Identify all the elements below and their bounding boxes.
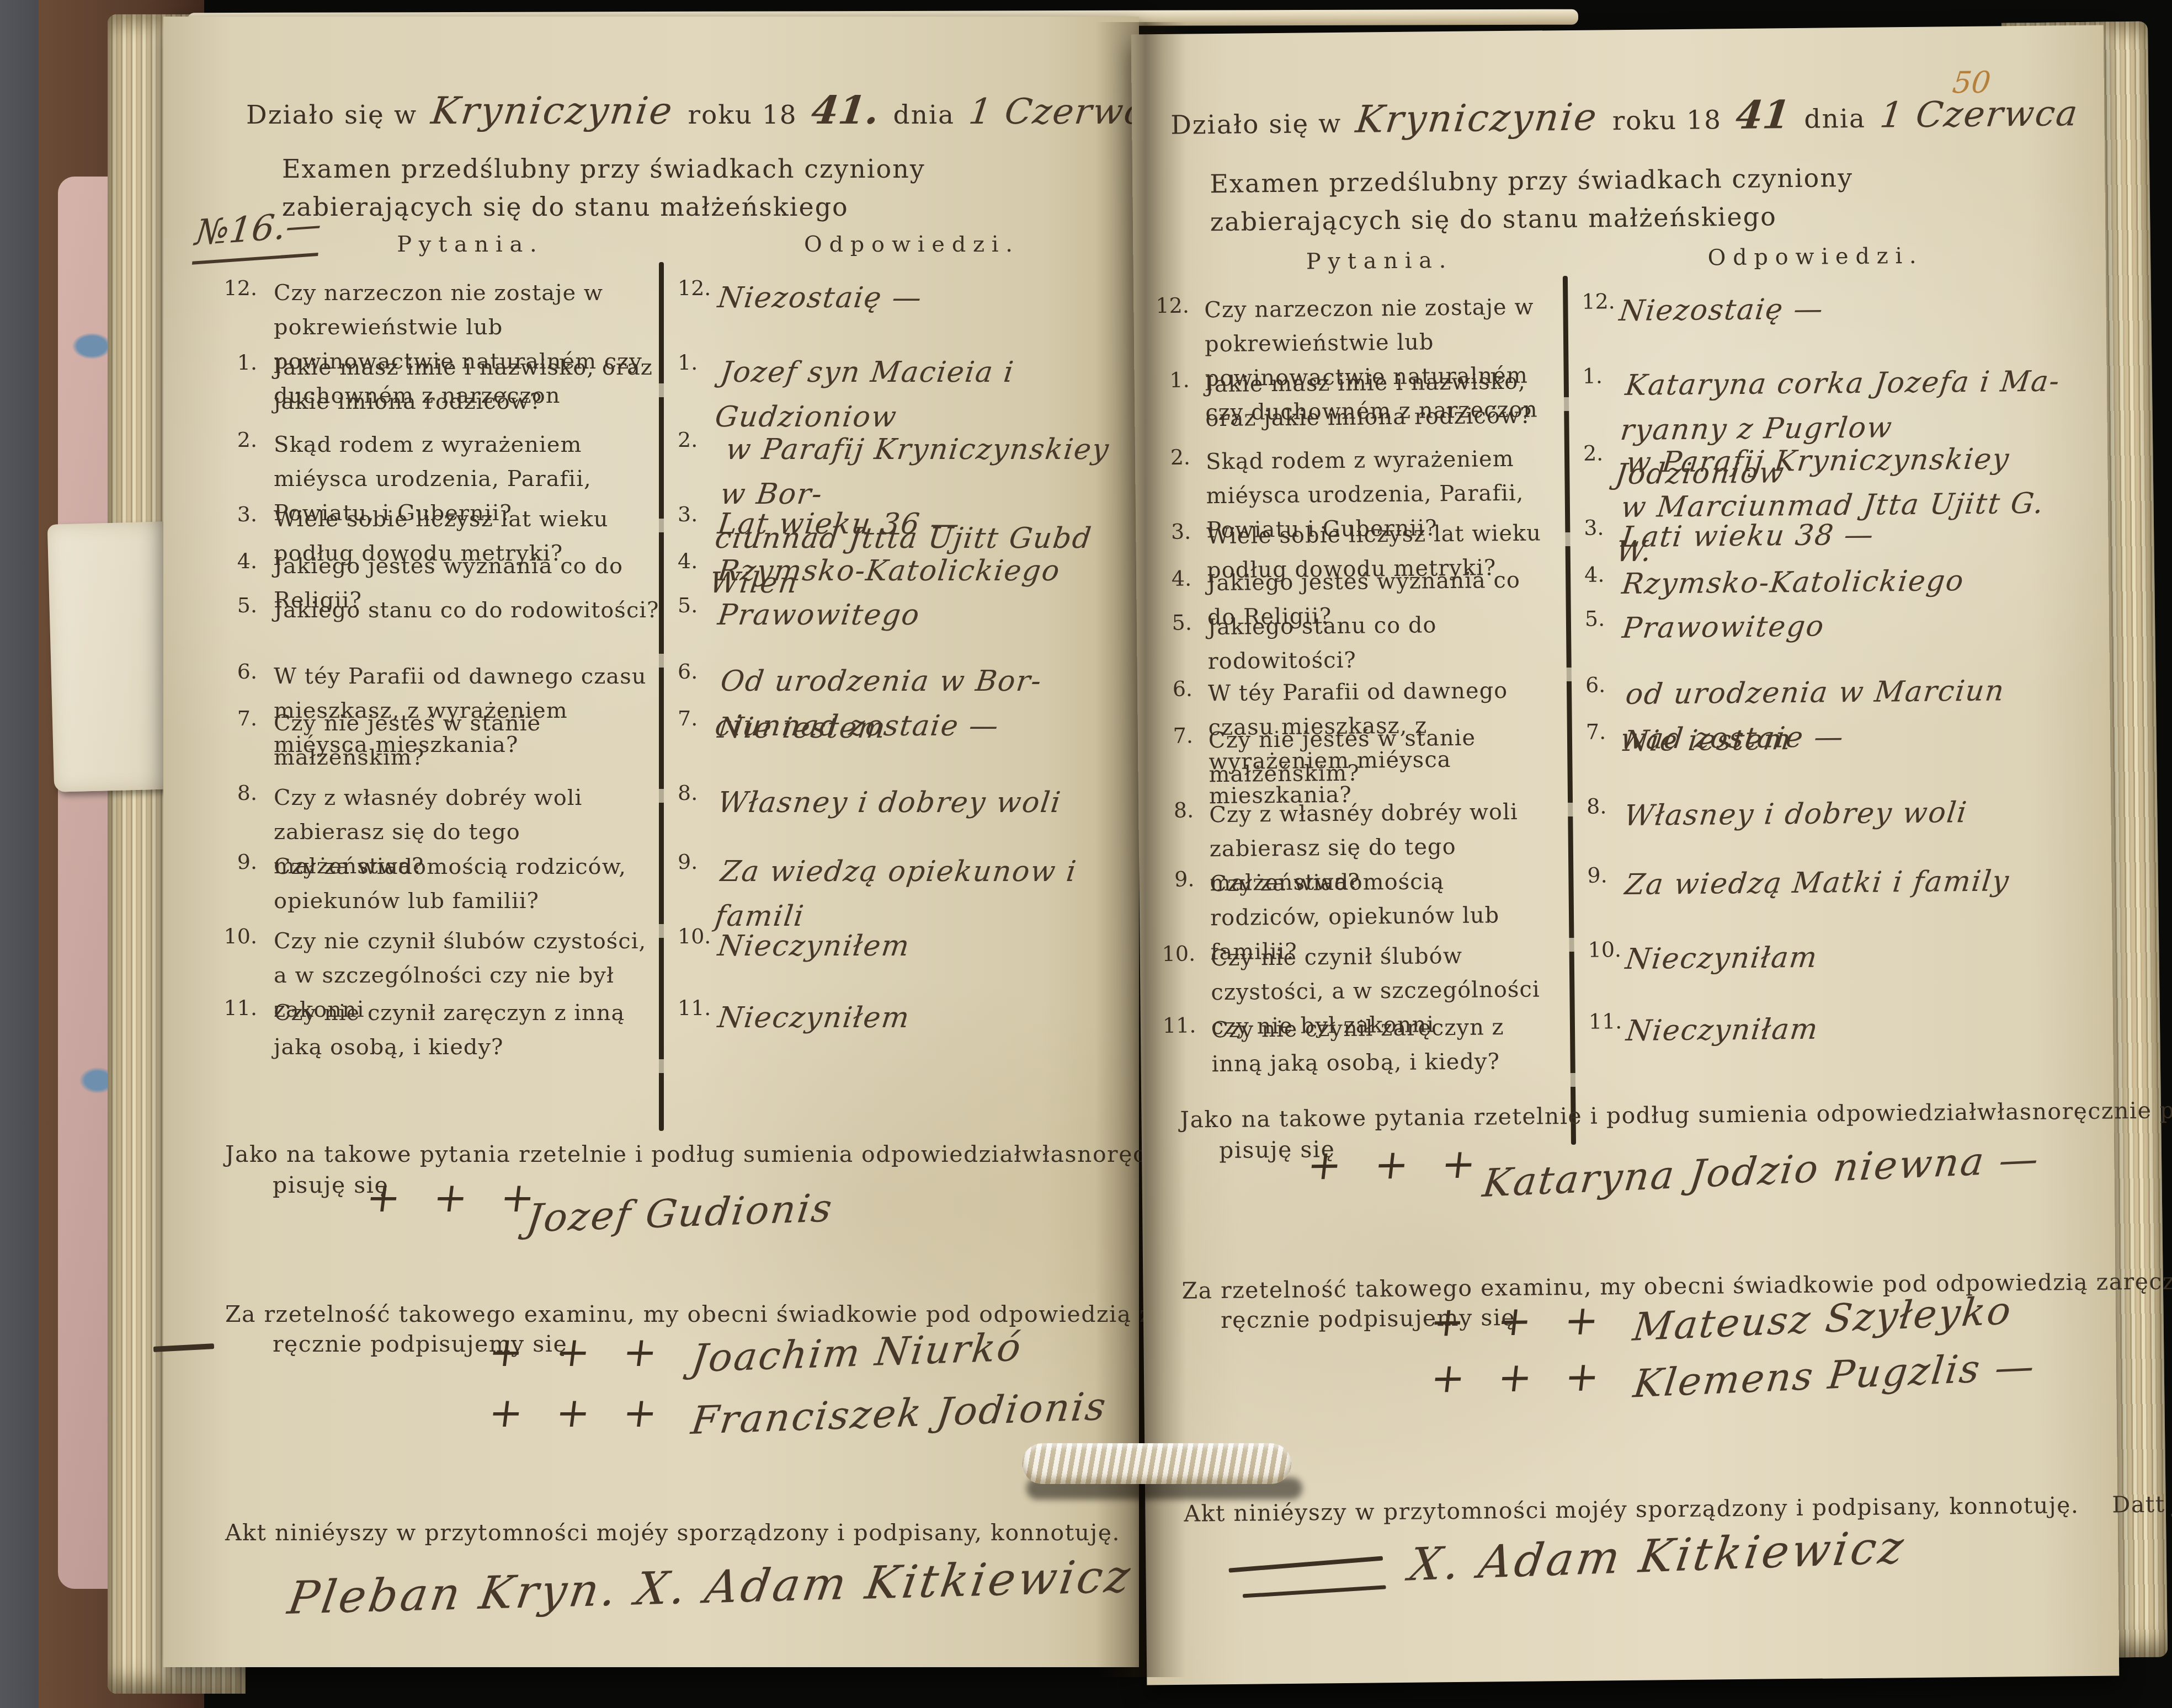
year-handwritten: 41 (1733, 92, 1792, 138)
right-header-line: Działo się w Kryniczynie roku 18 41 dnia… (1170, 89, 2078, 143)
answer-handwritten: Prawowitego (1620, 602, 2072, 650)
answer-number: 11. (1589, 1009, 1617, 1033)
left-col-questions: P y t a n i a . (290, 232, 643, 257)
answer-handwritten: Nie iestem (1621, 715, 2073, 764)
answer-handwritten: Własney i dobrey woli (1622, 789, 2074, 838)
right-closing-line: Akt niniéyszy w przytomności mojéy sporz… (1184, 1486, 2172, 1531)
header-day-label: dnia (1804, 104, 1866, 135)
answer-handwritten: Rzymsko-Katolickiego (1620, 558, 2072, 606)
protruding-paper-tab (47, 521, 175, 792)
left-qa-table: 1. Jakie masz imie i nazwisko, oraz jaki… (163, 276, 1139, 1147)
answer-handwritten: Rzymsko-Katolickiego (715, 549, 1124, 594)
answer-number: 3. (1584, 515, 1612, 540)
answer-handwritten: Jozef syn Macieia i Gudzioniow (712, 350, 1126, 439)
witness1-signature: Mateusz Szyłeyko (1631, 1288, 2015, 1349)
place-handwritten: Kryniczynie (429, 89, 676, 133)
question-number: 10. (221, 924, 257, 948)
answer-number: 12. (1582, 289, 1610, 313)
answer-number: 9. (1587, 863, 1616, 887)
answer-number: 11. (678, 996, 709, 1020)
answer-handwritten: Za wiedzą Matki i family (1622, 858, 2074, 907)
header-prefix: Działo się w (1170, 109, 1342, 141)
header-year-print: roku 18 (688, 100, 797, 130)
answer-number: 4. (678, 549, 709, 573)
question-text: Czy narzeczon nie zostaje w pokrewieństw… (1204, 290, 1550, 430)
right-bride-crosses: + + + (1305, 1140, 1489, 1189)
witness2-signature: Klemens Pugzlis — (1631, 1343, 2038, 1406)
question-number: 1. (221, 350, 257, 375)
answer-number: 8. (678, 781, 709, 805)
answer-number: 8. (1587, 794, 1615, 818)
left-page: Działo się w Kryniczynie roku 18 41. dni… (163, 17, 1139, 1667)
answer-number: 3. (678, 502, 709, 526)
right-col-questions: P y t a n i a . (1199, 247, 1552, 275)
closing-dated: Datt jak wyżéy: (2112, 1486, 2172, 1522)
answer-handwritten: Nieczyniłam (1624, 1005, 2076, 1053)
question-number: 9. (221, 850, 257, 874)
answer-number: 1. (1582, 364, 1611, 388)
right-witness-sig1-row: + + + Mateusz Szyłeyko (1430, 1293, 2012, 1346)
answer-handwritten: Nieczyniłem (715, 996, 1124, 1040)
left-header-line: Działo się w Kryniczynie roku 18 41. dni… (246, 87, 1179, 133)
answer-handwritten: Lati wieku 38 — (1619, 511, 2071, 559)
question-number: 8. (221, 781, 257, 805)
groom-signature: Jozef Gudionis (524, 1185, 836, 1241)
left-declaration-line1: Jako na takowe pytania rzetelnie i podłu… (225, 1138, 1036, 1172)
answer-handwritten: Niezostaię — (715, 276, 1124, 321)
question-number: 5. (221, 593, 257, 617)
answer-handwritten: Własney i dobrey woli (715, 781, 1124, 825)
question-number: 3. (221, 502, 257, 526)
date-handwritten: 1 Czerwca (1878, 93, 2080, 136)
answer-number: 6. (1585, 672, 1614, 697)
answer-number: 10. (678, 924, 709, 948)
answer-handwritten: Niezostaię — (1617, 285, 2069, 333)
priest-signature: Pleban Kryn. X. Adam Kitkiewicz (285, 1550, 1136, 1625)
question-text: Czy nie czynił zaręczyn z inną jaką osob… (1211, 1010, 1557, 1081)
witness1-crosses: + + + (1428, 1296, 1611, 1346)
place-handwritten: Kryniczynie (1354, 95, 1600, 141)
witness2-signature: Franciszek Jodionis (689, 1384, 1110, 1443)
answer-handwritten: Prawowitego (715, 593, 1124, 638)
right-page: 50 Działo się w Kryniczynie roku 18 41 d… (1131, 25, 2120, 1685)
header-day-label: dnia (893, 100, 955, 130)
left-col-answers: O d p o w i e d z i . (715, 232, 1101, 257)
question-text: Czy nie czynił zaręczyn z inną jaką osob… (274, 996, 660, 1064)
left-subtitle: Examen przedślubny przy świadkach czynio… (282, 150, 1088, 226)
priest-signature: X. Adam Kitkiewicz (1406, 1521, 1909, 1591)
answer-number: 5. (678, 593, 709, 617)
question-text: Jakiego stanu co do rodowitości? (1207, 607, 1553, 679)
answer-number: 2. (678, 428, 709, 452)
question-number: 4. (221, 549, 257, 573)
header-prefix: Działo się w (246, 100, 417, 130)
question-text: Czy za wiadomością rodziców, opiekunów l… (274, 850, 660, 918)
question-number: 6. (221, 659, 257, 684)
answer-number: 9. (678, 850, 709, 874)
right-col-answers: O d p o w i e d z i . (1619, 242, 2005, 271)
answer-number: 2. (1583, 441, 1612, 465)
question-text: Czy nie jesteś w stanie małżeńskim? (1209, 720, 1554, 792)
question-number: 7. (221, 706, 257, 730)
year-handwritten: 41. (809, 87, 882, 133)
left-groom-crosses: + + + (364, 1174, 548, 1221)
answer-handwritten: Nie iestem (715, 706, 1124, 751)
answer-number: 10. (1588, 937, 1616, 962)
declaration-text: Jako na takowe pytania rzetelnie i podłu… (225, 1138, 1022, 1172)
answer-number: 4. (1584, 562, 1613, 586)
witness1-signature: Joachim Niurkó (689, 1325, 1025, 1381)
book-gutter-shadow (1095, 22, 1186, 1677)
answer-handwritten: Nieczyniłam (1623, 933, 2075, 981)
question-number: 12. (221, 276, 257, 300)
answer-number: 7. (1586, 719, 1615, 744)
witness2-crosses: + + + (1428, 1353, 1612, 1402)
question-text: Jakiego stanu co do rodowitości? (274, 593, 660, 627)
witness2-crosses: + + + (486, 1389, 670, 1437)
left-witness-sig1-row: + + + Joachim Niurkó (489, 1328, 1021, 1376)
binding-cord (1022, 1443, 1291, 1484)
column-divider-rule (1563, 276, 1576, 1145)
answer-number: 1. (678, 350, 709, 375)
right-witness-sig2-row: + + + Klemens Pugzlis — (1431, 1349, 2035, 1402)
question-number: 2. (221, 428, 257, 452)
answer-handwritten: Nieczyniłem (715, 924, 1124, 969)
closing-text: Akt niniéyszy w przytomności mojéy sporz… (1184, 1488, 2079, 1531)
left-witness-sig2-row: + + + Franciszek Jodionis (489, 1389, 1106, 1437)
ink-dash-mark (1243, 1585, 1386, 1598)
declaration-text-cont: własnoręcznie pod- (1977, 1093, 2172, 1130)
book-scan: Działo się w Kryniczynie roku 18 41. dni… (0, 0, 2172, 1708)
witness1-crosses: + + + (486, 1328, 670, 1376)
right-subtitle: Examen przedślubny przy świadkach czynio… (1210, 157, 2016, 241)
ink-dash-mark (1228, 1556, 1383, 1573)
right-qa-table: 1. Jakie masz imie i nazwisko, oraz jaki… (1133, 285, 2114, 1166)
answer-handwritten: Lat wieku 36 — (715, 502, 1124, 547)
header-year-print: roku 18 (1612, 105, 1722, 136)
question-number: 11. (221, 996, 257, 1020)
closing-text: Akt niniéyszy w przytomności mojéy sporz… (225, 1516, 1120, 1550)
answer-number: 12. (678, 276, 709, 300)
qa-row: 12. Czy narzeczon nie zostaje w pokrewie… (1133, 285, 2106, 294)
question-text: Czy narzeczon nie zostaje w pokrewieństw… (274, 276, 660, 413)
answer-number: 6. (678, 659, 709, 684)
answer-number: 5. (1585, 606, 1614, 631)
question-text: Czy nie jesteś w stanie małżeńskim? (274, 706, 660, 775)
answer-number: 7. (678, 706, 709, 730)
